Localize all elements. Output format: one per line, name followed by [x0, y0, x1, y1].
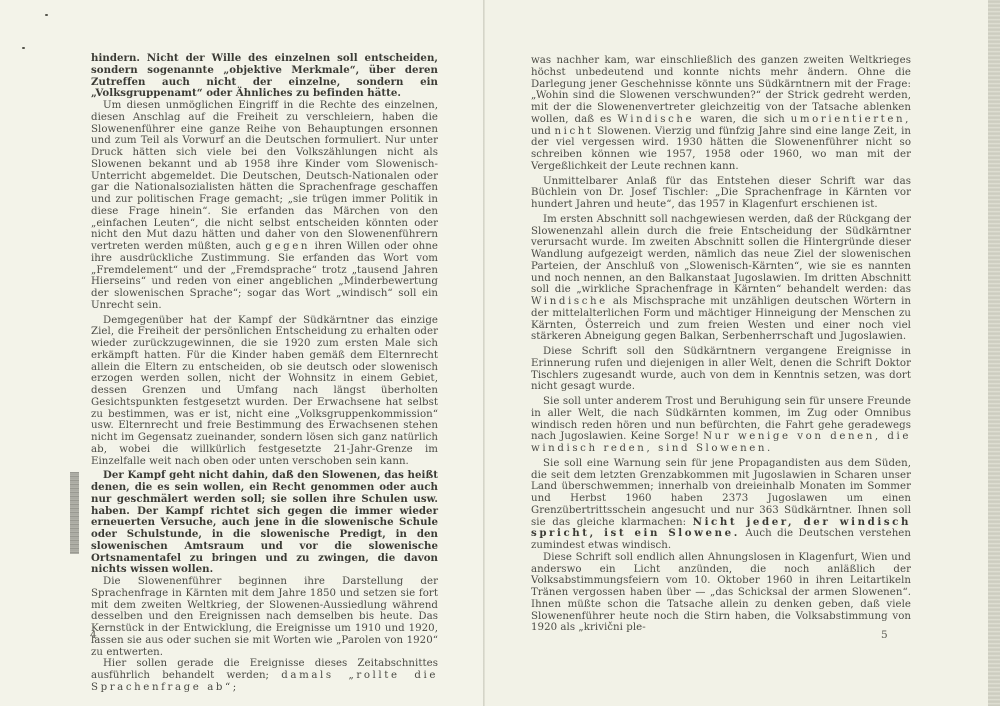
spaced-emphasis: umorientierten,	[791, 114, 911, 125]
paragraph: Sie soll eine Warnung sein für jene Prop…	[531, 458, 911, 552]
right-page-text: was nachher kam, war einschließlich des …	[531, 55, 911, 634]
ink-speck	[45, 14, 48, 16]
spaced-emphasis: Windische	[617, 114, 694, 125]
spaced-emphasis: gegen	[265, 241, 310, 252]
paragraph: Demgegenüber hat der Kampf der Südkärntn…	[91, 315, 438, 468]
left-page: hindern. Nicht der Wille des einzelnen s…	[0, 0, 485, 706]
paragraph: Sie soll unter anderem Trost und Beruhig…	[531, 396, 911, 455]
highlighted-passage: Der Kampf geht nicht dahin, daß den Slow…	[91, 470, 438, 576]
spaced-emphasis: nicht	[554, 126, 593, 137]
paragraph: Der Kampf geht nicht dahin, daß den Slow…	[91, 470, 438, 576]
paragraph: Diese Schrift soll den Südkärntnern verg…	[531, 346, 911, 393]
margin-marker-bar	[70, 472, 79, 554]
page-edge-shadow	[988, 0, 1000, 706]
paragraph: Unmittelbarer Anlaß für das Entstehen di…	[531, 176, 911, 211]
paragraph: Die Slowenenführer beginnen ihre Darstel…	[91, 576, 438, 658]
ink-speck	[22, 47, 25, 49]
paragraph: hindern. Nicht der Wille des einzelnen s…	[91, 53, 438, 100]
paragraph: was nachher kam, war einschließlich des …	[531, 55, 911, 173]
paragraph: Hier sollen gerade die Ereignisse dieses…	[91, 658, 438, 693]
paragraph: Diese Schrift soll endlich allen Ahnungs…	[531, 552, 911, 634]
right-page: was nachher kam, war einschließlich des …	[485, 0, 1000, 706]
page-number: 5	[881, 629, 888, 641]
page-number: 4	[90, 629, 97, 641]
paragraph: Um diesen unmöglichen Eingriff in die Re…	[91, 100, 438, 312]
book-spread: hindern. Nicht der Wille des einzelnen s…	[0, 0, 1000, 706]
left-page-text: hindern. Nicht der Wille des einzelnen s…	[91, 53, 438, 694]
paragraph: Im ersten Abschnitt soll nachgewiesen we…	[531, 214, 911, 343]
spaced-emphasis: Windische	[531, 296, 608, 307]
